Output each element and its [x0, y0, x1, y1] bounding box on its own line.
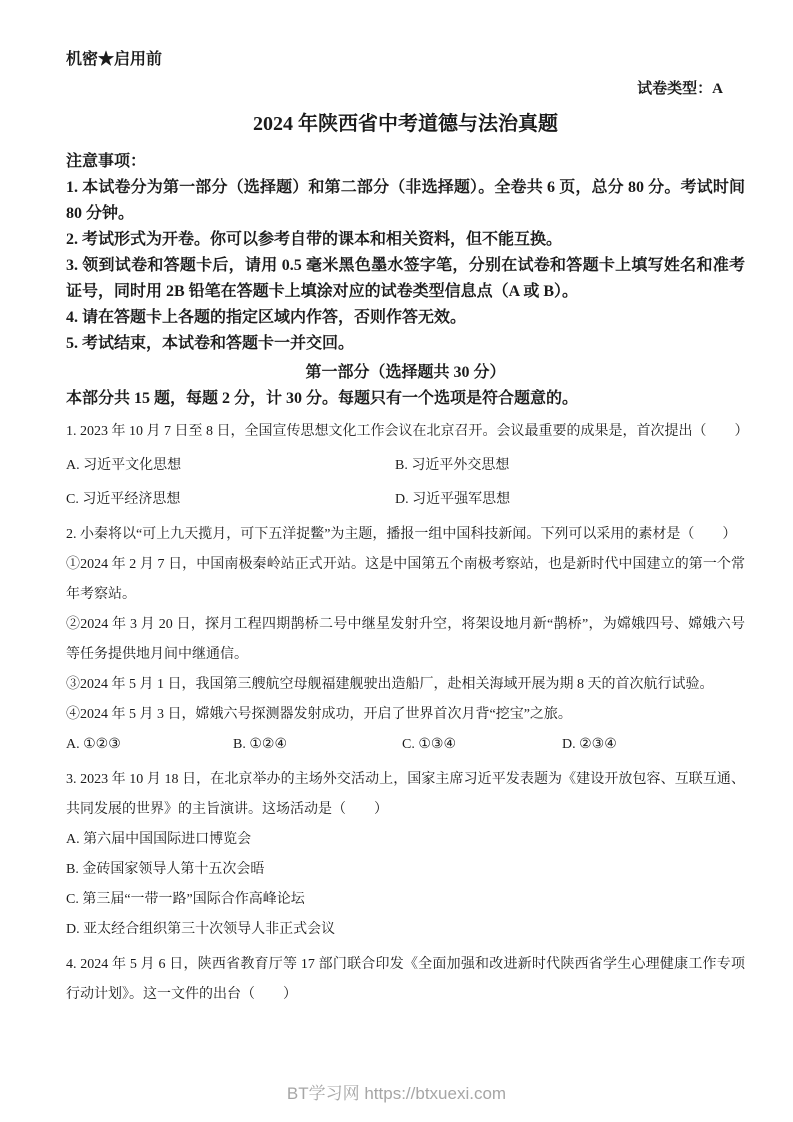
question-1-option-c: C. 习近平经济思想: [66, 485, 395, 515]
question-2-item-2: ②2024 年 3 月 20 日，探月工程四期鹊桥二号中继星发射升空，将架设地月…: [66, 610, 745, 670]
question-1-option-d: D. 习近平强军思想: [395, 485, 510, 515]
question-2-option-a: A. ①②③: [66, 730, 233, 760]
question-3-option-c: C. 第三届“一带一路”国际合作高峰论坛: [66, 885, 745, 915]
notice-item-2: 2. 考试形式为开卷。你可以参考自带的课本和相关资料，但不能互换。: [66, 227, 745, 253]
question-2-stem: 2. 小秦将以“可上九天揽月，可下五洋捉鳖”为主题，播报一组中国科技新闻。下列可…: [66, 520, 745, 550]
notice-item-3: 3. 领到试卷和答题卡后，请用 0.5 毫米黑色墨水签字笔，分别在试卷和答题卡上…: [66, 253, 745, 305]
question-3-stem: 3. 2023 年 10 月 18 日，在北京举办的主场外交活动上，国家主席习近…: [66, 765, 745, 825]
section-1-intro: 本部分共 15 题，每题 2 分，计 30 分。每题只有一个选项是符合题意的。: [66, 386, 745, 412]
question-1-stem: 1. 2023 年 10 月 7 日至 8 日，全国宣传思想文化工作会议在北京召…: [66, 417, 745, 447]
notice-item-4: 4. 请在答题卡上各题的指定区域内作答，否则作答无效。: [66, 305, 745, 331]
question-4-stem: 4. 2024 年 5 月 6 日，陕西省教育厅等 17 部门联合印发《全面加强…: [66, 950, 745, 1010]
notice-item-5: 5. 考试结束，本试卷和答题卡一并交回。: [66, 331, 745, 357]
question-1-options-row-2: C. 习近平经济思想 D. 习近平强军思想: [66, 485, 745, 515]
page-title: 2024 年陕西省中考道德与法治真题: [66, 109, 745, 139]
paper-type-label: 试卷类型：A: [66, 79, 745, 99]
question-1-option-a: A. 习近平文化思想: [66, 451, 395, 481]
notice-heading: 注意事项：: [66, 149, 745, 175]
question-2-item-3: ③2024 年 5 月 1 日，我国第三艘航空母舰福建舰驶出造船厂，赴相关海域开…: [66, 670, 745, 700]
question-2-item-1: ①2024 年 2 月 7 日，中国南极秦岭站正式开站。这是中国第五个南极考察站…: [66, 550, 745, 610]
question-3-option-d: D. 亚太经合组织第三十次领导人非正式会议: [66, 915, 745, 945]
exam-paper-page: 机密★启用前 试卷类型：A 2024 年陕西省中考道德与法治真题 注意事项： 1…: [0, 0, 793, 1122]
question-2-option-b: B. ①②④: [233, 730, 402, 760]
classification-label: 机密★启用前: [66, 50, 745, 70]
question-2-options-row: A. ①②③ B. ①②④ C. ①③④ D. ②③④: [66, 730, 745, 760]
question-2-option-d: D. ②③④: [562, 730, 617, 760]
question-2-item-4: ④2024 年 5 月 3 日，嫦娥六号探测器发射成功，开启了世界首次月背“挖宝…: [66, 700, 745, 730]
watermark-footer: BT学习网 https://btxuexi.com: [0, 1079, 793, 1104]
question-1-options-row-1: A. 习近平文化思想 B. 习近平外交思想: [66, 451, 745, 481]
notice-item-1: 1. 本试卷分为第一部分（选择题）和第二部分（非选择题）。全卷共 6 页，总分 …: [66, 175, 745, 227]
question-2-option-c: C. ①③④: [402, 730, 562, 760]
question-3-option-b: B. 金砖国家领导人第十五次会晤: [66, 855, 745, 885]
question-3-option-a: A. 第六届中国国际进口博览会: [66, 825, 745, 855]
question-1-option-b: B. 习近平外交思想: [395, 451, 509, 481]
section-1-heading: 第一部分（选择题共 30 分）: [66, 359, 745, 386]
